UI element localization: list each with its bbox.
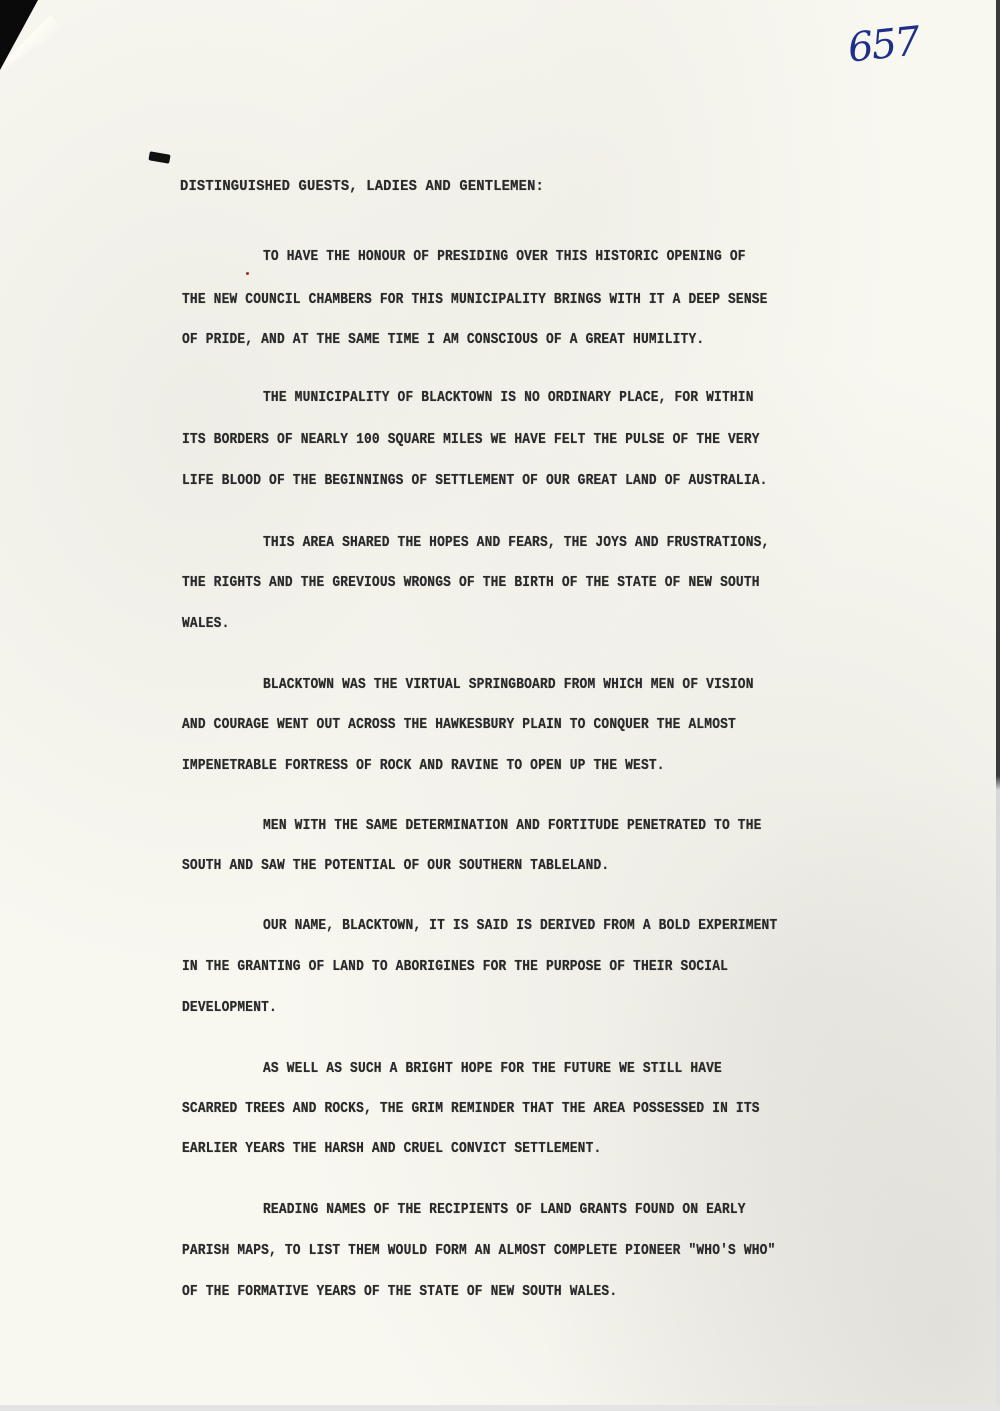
typed-dash-mark xyxy=(148,151,170,164)
text-line: OF PRIDE, AND AT THE SAME TIME I AM CONS… xyxy=(182,331,704,348)
text-line: BLACKTOWN WAS THE VIRTUAL SPRINGBOARD FR… xyxy=(263,676,754,693)
text-line: THE MUNICIPALITY OF BLACKTOWN IS NO ORDI… xyxy=(263,389,754,406)
text-line: PARISH MAPS, TO LIST THEM WOULD FORM AN … xyxy=(182,1242,776,1259)
text-line: READING NAMES OF THE RECIPIENTS OF LAND … xyxy=(263,1201,746,1218)
text-line: OUR NAME, BLACKTOWN, IT IS SAID IS DERIV… xyxy=(263,917,777,934)
text-line: IN THE GRANTING OF LAND TO ABORIGINES FO… xyxy=(182,958,728,975)
text-line: DEVELOPMENT. xyxy=(182,999,277,1016)
scan-bottom-edge xyxy=(0,1405,1000,1411)
text-line: LIFE BLOOD OF THE BEGINNINGS OF SETTLEME… xyxy=(182,472,768,489)
text-line: AND COURAGE WENT OUT ACROSS THE HAWKESBU… xyxy=(182,716,736,733)
text-line: SCARRED TREES AND ROCKS, THE GRIM REMIND… xyxy=(182,1100,760,1117)
text-line: OF THE FORMATIVE YEARS OF THE STATE OF N… xyxy=(182,1283,617,1300)
handwritten-folio-number: 657 xyxy=(846,18,921,71)
text-line: TO HAVE THE HONOUR OF PRESIDING OVER THI… xyxy=(263,248,746,265)
text-line: WALES. xyxy=(182,615,229,632)
text-line: THE NEW COUNCIL CHAMBERS FOR THIS MUNICI… xyxy=(182,291,768,308)
text-line: SOUTH AND SAW THE POTENTIAL OF OUR SOUTH… xyxy=(182,857,609,874)
text-line: THE RIGHTS AND THE GREVIOUS WRONGS OF TH… xyxy=(182,574,760,591)
ink-speck xyxy=(246,272,249,275)
salutation: DISTINGUISHED GUESTS, LADIES AND GENTLEM… xyxy=(180,178,544,195)
scan-right-edge xyxy=(996,0,1000,1411)
document-page: 657 DISTINGUISHED GUESTS, LADIES AND GEN… xyxy=(0,0,996,1405)
text-line: ITS BORDERS OF NEARLY 100 SQUARE MILES W… xyxy=(182,431,760,448)
text-line: IMPENETRABLE FORTRESS OF ROCK AND RAVINE… xyxy=(182,757,665,774)
text-line: EARLIER YEARS THE HARSH AND CRUEL CONVIC… xyxy=(182,1140,601,1157)
text-line: MEN WITH THE SAME DETERMINATION AND FORT… xyxy=(263,817,762,834)
text-line: THIS AREA SHARED THE HOPES AND FEARS, TH… xyxy=(263,534,769,551)
text-line: AS WELL AS SUCH A BRIGHT HOPE FOR THE FU… xyxy=(263,1060,722,1077)
